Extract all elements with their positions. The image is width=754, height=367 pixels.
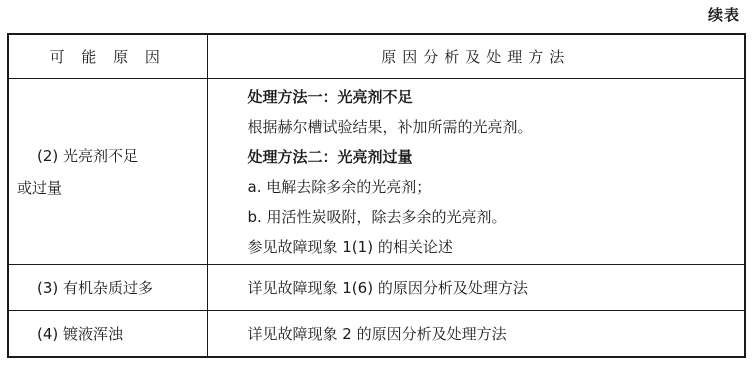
table-continued-caption: 续表 [708,0,740,30]
method-line: 根据赫尔槽试验结果，补加所需的光亮剂。 [248,112,745,142]
table-row: (3) 有机杂质过多 详见故障现象 1(6) 的原因分析及处理方法 [8,265,745,311]
method-cell: 详见故障现象 2 的原因分析及处理方法 [207,311,745,358]
cause-cell: (3) 有机杂质过多 [8,265,207,311]
header-analysis-method: 原因分析及处理方法 [207,34,745,79]
method-cell: 处理方法一：光亮剂不足 根据赫尔槽试验结果，补加所需的光亮剂。 处理方法二：光亮… [207,79,745,265]
method-heading-1: 处理方法一：光亮剂不足 [248,82,745,112]
troubleshooting-table: 可 能 原 因 原因分析及处理方法 (2) 光亮剂不足 或过量 处理方法一：光亮… [7,33,746,358]
header-possible-cause: 可 能 原 因 [8,34,207,79]
cause-cell: (2) 光亮剂不足 或过量 [8,79,207,265]
cause-cell: (4) 镀液浑浊 [8,311,207,358]
cause-text-line1: (2) 光亮剂不足 [9,140,207,172]
method-heading-2: 处理方法二：光亮剂过量 [248,142,745,172]
method-line: a. 电解去除多余的光亮剂； [248,172,745,202]
cause-text-line2: 或过量 [9,172,207,204]
table-row: (4) 镀液浑浊 详见故障现象 2 的原因分析及处理方法 [8,311,745,358]
method-cell: 详见故障现象 1(6) 的原因分析及处理方法 [207,265,745,311]
table-row: (2) 光亮剂不足 或过量 处理方法一：光亮剂不足 根据赫尔槽试验结果，补加所需… [8,79,745,265]
method-line: 参见故障现象 1(1) 的相关论述 [248,232,745,262]
table-header-row: 可 能 原 因 原因分析及处理方法 [8,34,745,79]
method-line: b. 用活性炭吸附，除去多余的光亮剂。 [248,202,745,232]
